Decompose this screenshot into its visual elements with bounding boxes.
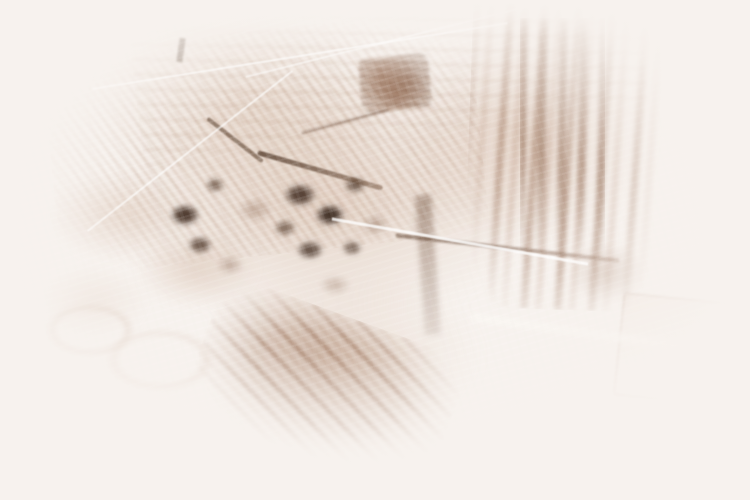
white-edge-vignette [0, 0, 750, 500]
faded-sepia-photograph [0, 0, 750, 500]
screenshot-canvas [0, 0, 750, 500]
